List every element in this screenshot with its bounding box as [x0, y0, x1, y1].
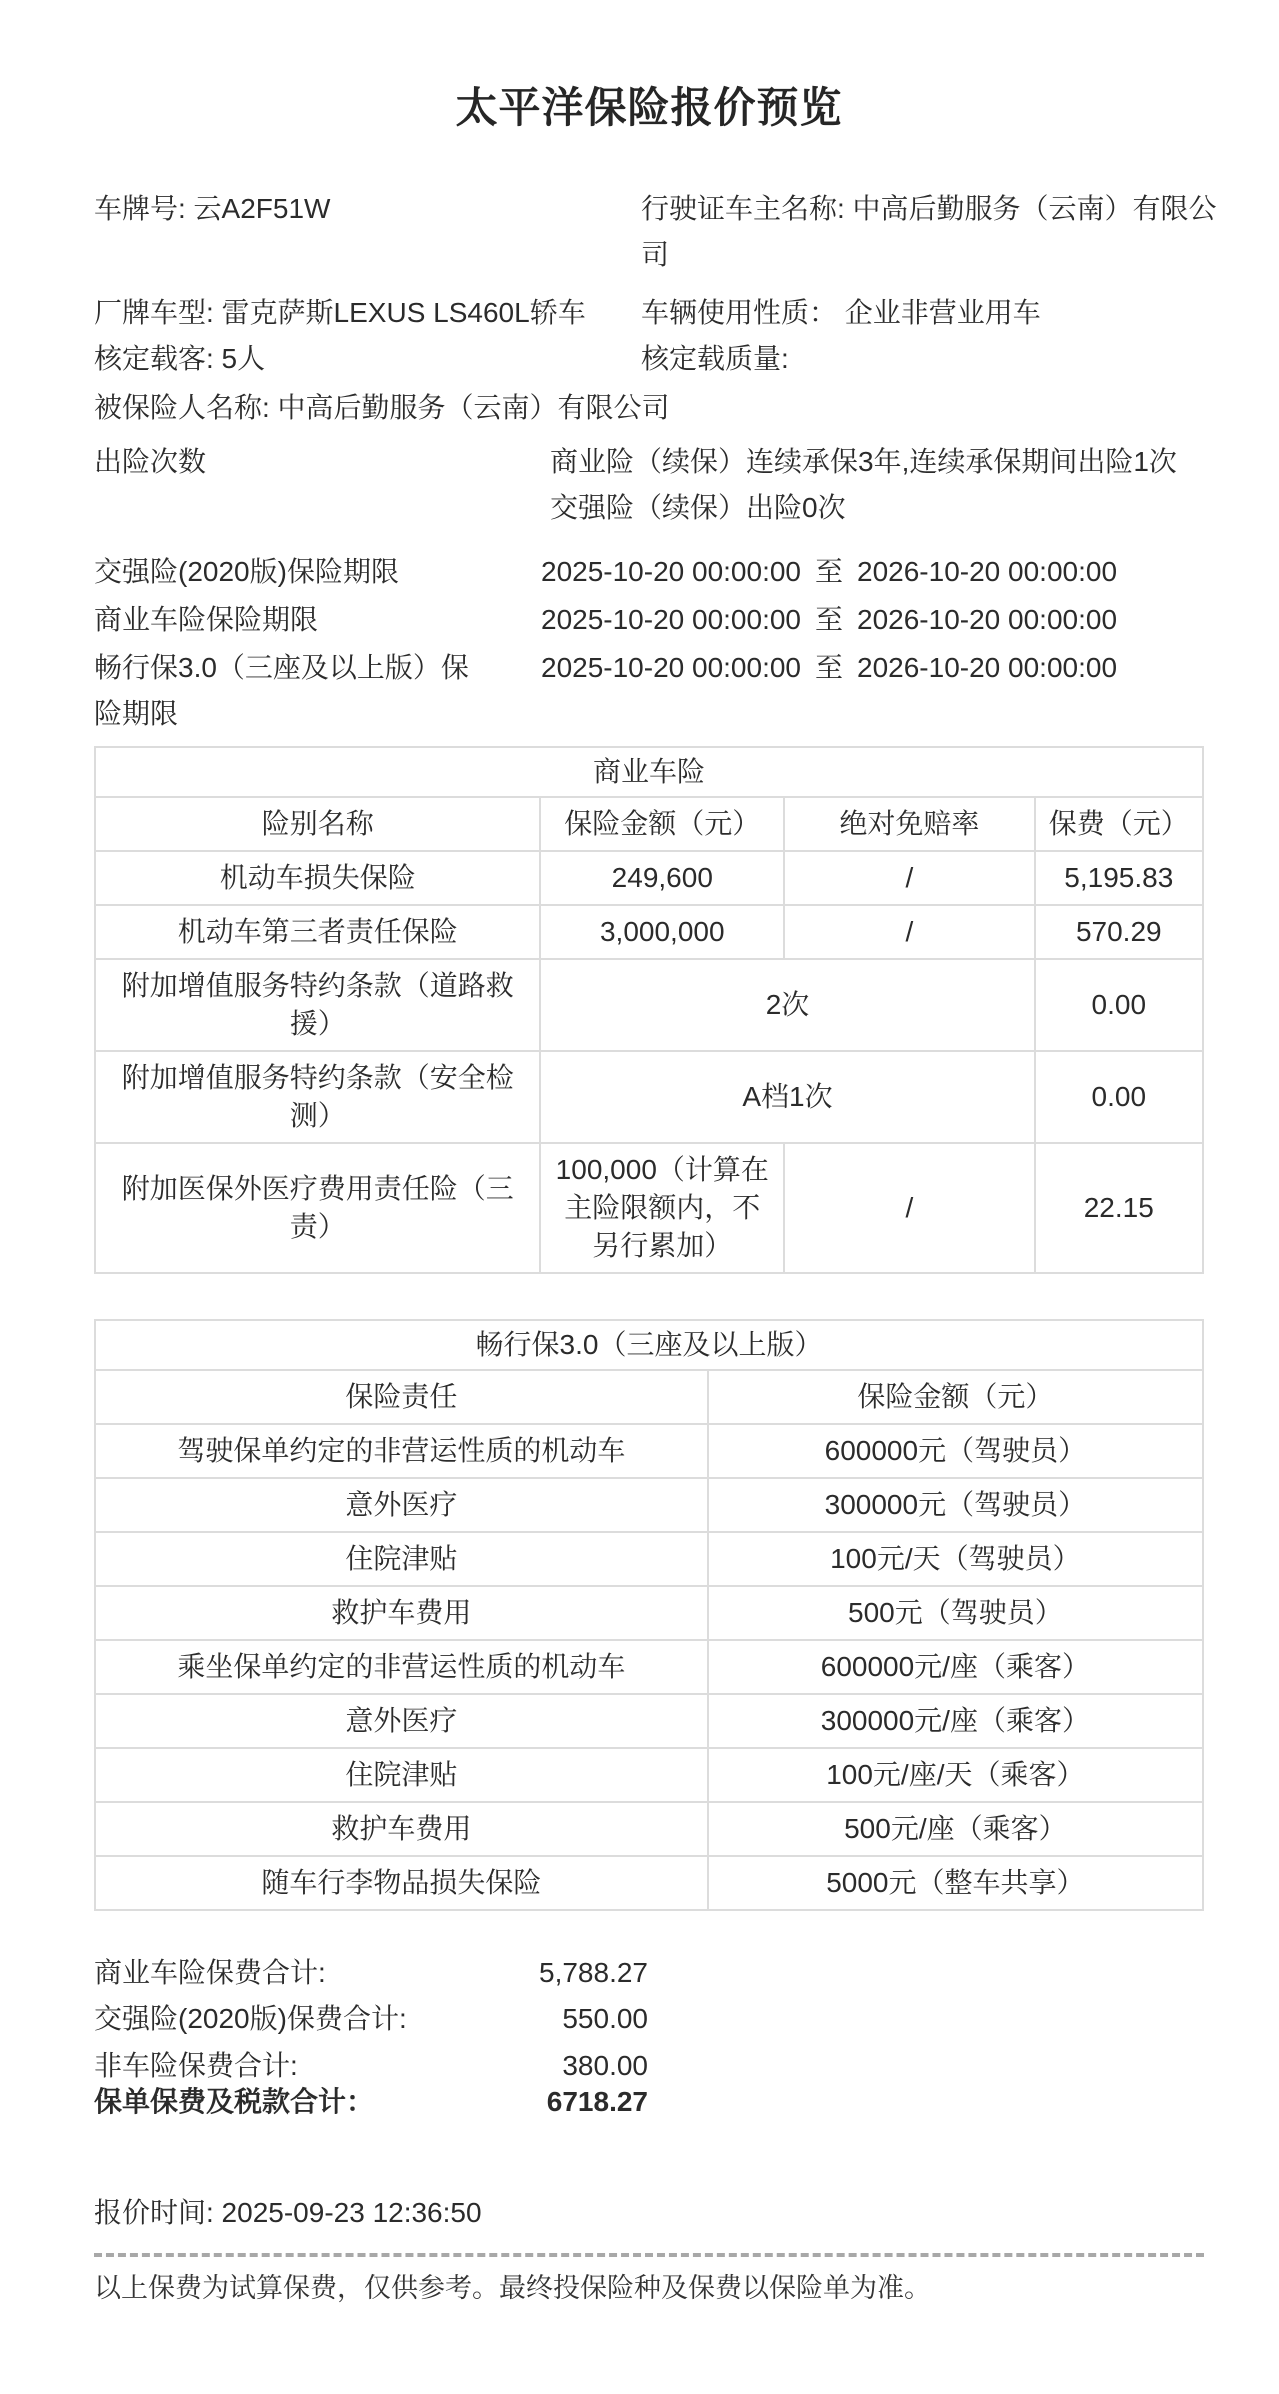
summary-value: 5,788.27 [398, 1958, 648, 1988]
summary-label: 商业车险保费合计: [94, 1957, 326, 1988]
amount-cell: 600000元/座（乘客） [708, 1640, 1203, 1694]
amount-cell: 3,000,000 [540, 905, 784, 959]
table-row: 附加医保外医疗费用责任险（三责） 100,000（计算在主险限额内，不另行累加）… [95, 1143, 1203, 1273]
table-title-row: 商业车险 [95, 747, 1203, 797]
duty-cell: 救护车费用 [95, 1802, 708, 1856]
table-row: 住院津贴 100元/天（驾驶员） [95, 1532, 1203, 1586]
info-row-insured: 被保险人名称: 中高后勤服务（云南）有限公司 [94, 385, 1204, 431]
amount-cell: 600000元（驾驶员） [708, 1424, 1203, 1478]
info-row-model-usage: 厂牌车型: 雷克萨斯LEXUS LS460L轿车 车辆使用性质： 企业非营业用车 [94, 290, 1204, 336]
amount-cell: 100,000（计算在主险限额内，不另行累加） [540, 1143, 784, 1273]
deductible-cell: / [784, 1143, 1034, 1273]
amount-cell: 500元（驾驶员） [708, 1586, 1203, 1640]
period-start: 2025-10-20 00:00:00 [541, 556, 801, 587]
table-title: 畅行保3.0（三座及以上版） [95, 1320, 1203, 1370]
period-label: 商业车险保险期限 [94, 597, 541, 643]
period-to: 至 [815, 645, 843, 691]
coverage-name-cell: 机动车第三者责任保险 [95, 905, 540, 959]
quote-timestamp: 报价时间: 2025-09-23 12:36:50 [94, 2198, 1204, 2228]
premium-cell: 0.00 [1035, 959, 1203, 1051]
summary-row-noncar-total: 非车险保费合计: 380.00 [94, 2051, 1204, 2081]
usage-nature: 车辆使用性质： 企业非营业用车 [641, 290, 1221, 336]
amount-cell: 100元/座/天（乘客） [708, 1748, 1203, 1802]
summary-row-compulsory-total: 交强险(2020版)保费合计: 550.00 [94, 2004, 1204, 2034]
duty-cell: 救护车费用 [95, 1586, 708, 1640]
deductible-cell: / [784, 905, 1034, 959]
coverage-name-cell: 机动车损失保险 [95, 851, 540, 905]
premium-cell: 0.00 [1035, 1051, 1203, 1143]
table-row: 驾驶保单约定的非营运性质的机动车 600000元（驾驶员） [95, 1424, 1203, 1478]
table-title: 商业车险 [95, 747, 1203, 797]
insurance-periods: 交强险(2020版)保险期限 2025-10-20 00:00:00至2026-… [94, 549, 1204, 737]
duty-cell: 驾驶保单约定的非营运性质的机动车 [95, 1424, 708, 1478]
table-row: 住院津贴 100元/座/天（乘客） [95, 1748, 1203, 1802]
changxingbao-table: 畅行保3.0（三座及以上版） 保险责任 保险金额（元） 驾驶保单约定的非营运性质… [94, 1319, 1204, 1911]
header-coverage-name: 险别名称 [95, 797, 540, 851]
claims-row: 出险次数 商业险（续保）连续承保3年,连续承保期间出险1次 交强险（续保）出险0… [94, 439, 1204, 531]
period-label: 畅行保3.0（三座及以上版）保险期限 [94, 645, 541, 737]
table-row: 随车行李物品损失保险 5000元（整车共享） [95, 1856, 1203, 1910]
claims-count-label: 出险次数 [94, 439, 550, 531]
duty-cell: 随车行李物品损失保险 [95, 1856, 708, 1910]
coverage-name-cell: 附加医保外医疗费用责任险（三责） [95, 1143, 540, 1273]
summary-value: 6718.27 [398, 2087, 648, 2117]
commercial-insurance-table: 商业车险 险别名称 保险金额（元） 绝对免赔率 保费（元） 机动车损失保险 24… [94, 746, 1204, 1274]
period-start: 2025-10-20 00:00:00 [541, 604, 801, 635]
header-premium: 保费（元） [1035, 797, 1203, 851]
premium-cell: 5,195.83 [1035, 851, 1203, 905]
period-to: 至 [815, 549, 843, 595]
duty-cell: 意外医疗 [95, 1478, 708, 1532]
premium-cell: 22.15 [1035, 1143, 1203, 1273]
disclaimer-text: 以上保费为试算保费，仅供参考。最终投保险种及保费以保险单为准。 [94, 2271, 1204, 2305]
table-header-row: 险别名称 保险金额（元） 绝对免赔率 保费（元） [95, 797, 1203, 851]
table-row: 救护车费用 500元（驾驶员） [95, 1586, 1203, 1640]
table-title-row: 畅行保3.0（三座及以上版） [95, 1320, 1203, 1370]
coverage-name-cell: 附加增值服务特约条款（安全检测） [95, 1051, 540, 1143]
deductible-cell: / [784, 851, 1034, 905]
insured-name: 被保险人名称: 中高后勤服务（云南）有限公司 [94, 385, 1204, 431]
duty-cell: 住院津贴 [95, 1532, 708, 1586]
table-row: 附加增值服务特约条款（安全检测） A档1次 0.00 [95, 1051, 1203, 1143]
period-row-changxingbao: 畅行保3.0（三座及以上版）保险期限 2025-10-20 00:00:00至2… [94, 645, 1204, 737]
amount-cell: 100元/天（驾驶员） [708, 1532, 1203, 1586]
premium-cell: 570.29 [1035, 905, 1203, 959]
period-start: 2025-10-20 00:00:00 [541, 652, 801, 683]
period-dates: 2025-10-20 00:00:00至2026-10-20 00:00:00 [541, 597, 1204, 643]
approved-passengers: 核定载客: 5人 [94, 336, 641, 382]
dashed-divider [94, 2253, 1204, 2257]
table-row: 机动车第三者责任保险 3,000,000 / 570.29 [95, 905, 1203, 959]
duty-cell: 住院津贴 [95, 1748, 708, 1802]
header-insured-amount: 保险金额（元） [708, 1370, 1203, 1424]
period-dates: 2025-10-20 00:00:00至2026-10-20 00:00:00 [541, 645, 1204, 737]
table-row: 意外医疗 300000元/座（乘客） [95, 1694, 1203, 1748]
table-row: 意外医疗 300000元（驾驶员） [95, 1478, 1203, 1532]
summary-value: 380.00 [398, 2051, 648, 2081]
period-end: 2026-10-20 00:00:00 [857, 556, 1117, 587]
page-title: 太平洋保险报价预览 [94, 0, 1204, 132]
coverage-name-cell: 附加增值服务特约条款（道路救援） [95, 959, 540, 1051]
period-to: 至 [815, 597, 843, 643]
duty-cell: 乘坐保单约定的非营运性质的机动车 [95, 1640, 708, 1694]
header-insured-amount: 保险金额（元） [540, 797, 784, 851]
brand-model: 厂牌车型: 雷克萨斯LEXUS LS460L轿车 [94, 290, 641, 336]
amount-cell: A档1次 [540, 1051, 1034, 1143]
registered-owner-name: 行驶证车主名称: 中高后勤服务（云南）有限公司 [641, 186, 1221, 278]
period-row-compulsory: 交强险(2020版)保险期限 2025-10-20 00:00:00至2026-… [94, 549, 1204, 595]
amount-cell: 300000元/座（乘客） [708, 1694, 1203, 1748]
claims-count-values: 商业险（续保）连续承保3年,连续承保期间出险1次 交强险（续保）出险0次 [550, 439, 1204, 531]
table-row: 乘坐保单约定的非营运性质的机动车 600000元/座（乘客） [95, 1640, 1203, 1694]
info-row-plate-owner: 车牌号: 云A2F51W 行驶证车主名称: 中高后勤服务（云南）有限公司 [94, 186, 1204, 278]
approved-load: 核定载质量: [641, 336, 1221, 382]
amount-cell: 2次 [540, 959, 1034, 1051]
period-end: 2026-10-20 00:00:00 [857, 652, 1117, 683]
period-label: 交强险(2020版)保险期限 [94, 549, 541, 595]
table-row: 机动车损失保险 249,600 / 5,195.83 [95, 851, 1203, 905]
summary-label: 保单保费及税款合计： [94, 2086, 374, 2117]
insurance-quote-document: 太平洋保险报价预览 车牌号: 云A2F51W 行驶证车主名称: 中高后勤服务（云… [0, 0, 1279, 2394]
amount-cell: 249,600 [540, 851, 784, 905]
table-row: 救护车费用 500元/座（乘客） [95, 1802, 1203, 1856]
amount-cell: 300000元（驾驶员） [708, 1478, 1203, 1532]
summary-value: 550.00 [398, 2004, 648, 2034]
table-row: 附加增值服务特约条款（道路救援） 2次 0.00 [95, 959, 1203, 1051]
plate-number: 车牌号: 云A2F51W [94, 186, 641, 278]
summary-label: 交强险(2020版)保费合计: [94, 2003, 407, 2034]
period-row-commercial: 商业车险保险期限 2025-10-20 00:00:00至2026-10-20 … [94, 597, 1204, 643]
claims-commercial: 商业险（续保）连续承保3年,连续承保期间出险1次 [550, 439, 1204, 485]
premium-summary: 商业车险保费合计: 5,788.27 交强险(2020版)保费合计: 550.0… [94, 1958, 1204, 2117]
header-duty: 保险责任 [95, 1370, 708, 1424]
amount-cell: 5000元（整车共享） [708, 1856, 1203, 1910]
claims-compulsory: 交强险（续保）出险0次 [550, 485, 1204, 531]
summary-row-grand-total: 保单保费及税款合计： 6718.27 [94, 2087, 1204, 2117]
header-deductible-rate: 绝对免赔率 [784, 797, 1034, 851]
table-header-row: 保险责任 保险金额（元） [95, 1370, 1203, 1424]
amount-cell: 500元/座（乘客） [708, 1802, 1203, 1856]
summary-label: 非车险保费合计: [94, 2050, 298, 2081]
info-row-seats-load: 核定载客: 5人 核定载质量: [94, 336, 1204, 382]
period-dates: 2025-10-20 00:00:00至2026-10-20 00:00:00 [541, 549, 1204, 595]
period-end: 2026-10-20 00:00:00 [857, 604, 1117, 635]
summary-row-commercial-total: 商业车险保费合计: 5,788.27 [94, 1958, 1204, 1988]
duty-cell: 意外医疗 [95, 1694, 708, 1748]
